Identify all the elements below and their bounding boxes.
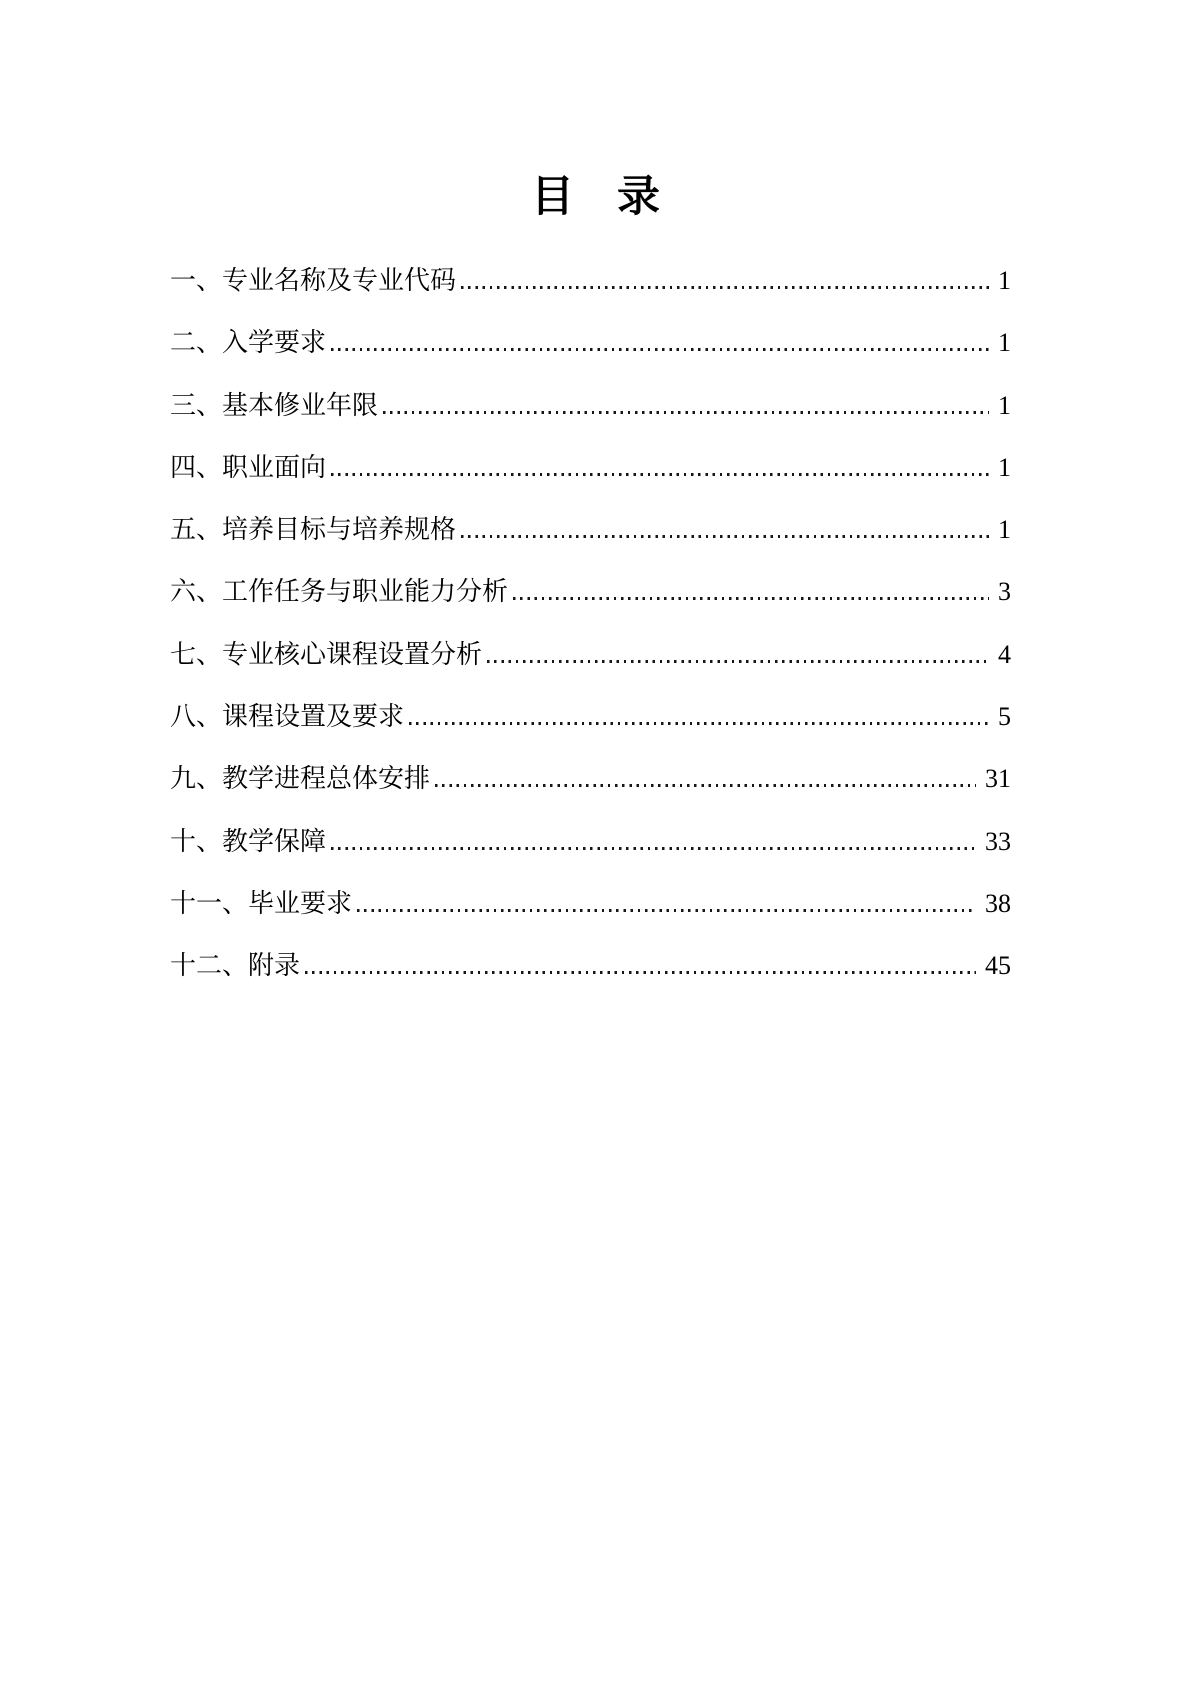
toc-entry-page-number: 3: [998, 573, 1011, 611]
toc-entry[interactable]: 十、教学保障 33: [170, 823, 1011, 885]
toc-leader-dots: [383, 411, 989, 414]
toc-leader-dots: [357, 909, 976, 912]
toc-entry-page-number: 31: [985, 760, 1011, 798]
toc-entry-page-number: 1: [998, 449, 1011, 487]
toc-entry-label: 四、职业面向: [170, 449, 326, 487]
toc-entry-page-number: 38: [985, 885, 1011, 923]
toc-entry-page-number: 45: [985, 947, 1011, 985]
toc-entry[interactable]: 一、专业名称及专业代码 1: [170, 262, 1011, 324]
toc-entry-page-number: 1: [998, 387, 1011, 425]
toc-leader-dots: [461, 286, 989, 289]
toc-entry-page-number: 5: [998, 698, 1011, 736]
toc-entry[interactable]: 四、职业面向 1: [170, 449, 1011, 511]
toc-entry[interactable]: 二、入学要求 1: [170, 324, 1011, 386]
toc-entry-label: 九、教学进程总体安排: [170, 760, 430, 798]
toc-entry-label: 十一、毕业要求: [170, 885, 352, 923]
toc-entry-page-number: 1: [998, 262, 1011, 300]
document-page: 目 录 一、专业名称及专业代码 1 二、入学要求 1 三、基本修业年限 1 四、…: [0, 0, 1191, 1684]
toc-leader-dots: [331, 847, 976, 850]
toc-entry-label: 五、培养目标与培养规格: [170, 511, 456, 549]
toc-entry-label: 八、课程设置及要求: [170, 698, 404, 736]
toc-entry-label: 十、教学保障: [170, 823, 326, 861]
table-of-contents: 一、专业名称及专业代码 1 二、入学要求 1 三、基本修业年限 1 四、职业面向…: [170, 262, 1011, 1010]
toc-entry-page-number: 33: [985, 823, 1011, 861]
toc-entry[interactable]: 十二、附录 45: [170, 947, 1011, 1009]
page-title: 目 录: [0, 172, 1191, 224]
toc-leader-dots: [305, 971, 976, 974]
toc-entry[interactable]: 十一、毕业要求 38: [170, 885, 1011, 947]
toc-entry[interactable]: 七、专业核心课程设置分析 4: [170, 636, 1011, 698]
toc-leader-dots: [513, 597, 989, 600]
toc-leader-dots: [487, 660, 989, 663]
toc-leader-dots: [461, 535, 989, 538]
toc-leader-dots: [409, 722, 989, 725]
toc-entry-label: 一、专业名称及专业代码: [170, 262, 456, 300]
toc-entry[interactable]: 八、课程设置及要求 5: [170, 698, 1011, 760]
toc-entry-page-number: 1: [998, 324, 1011, 362]
toc-leader-dots: [435, 784, 976, 787]
toc-entry-page-number: 1: [998, 511, 1011, 549]
toc-leader-dots: [331, 473, 989, 476]
toc-entry-label: 二、入学要求: [170, 324, 326, 362]
toc-entry-page-number: 4: [998, 636, 1011, 674]
toc-entry[interactable]: 九、教学进程总体安排 31: [170, 760, 1011, 822]
toc-entry-label: 三、基本修业年限: [170, 387, 378, 425]
toc-leader-dots: [331, 348, 989, 351]
toc-entry[interactable]: 三、基本修业年限 1: [170, 387, 1011, 449]
toc-entry[interactable]: 五、培养目标与培养规格 1: [170, 511, 1011, 573]
toc-entry-label: 十二、附录: [170, 947, 300, 985]
toc-entry-label: 六、工作任务与职业能力分析: [170, 573, 508, 611]
toc-entry-label: 七、专业核心课程设置分析: [170, 636, 482, 674]
toc-entry[interactable]: 六、工作任务与职业能力分析 3: [170, 573, 1011, 635]
